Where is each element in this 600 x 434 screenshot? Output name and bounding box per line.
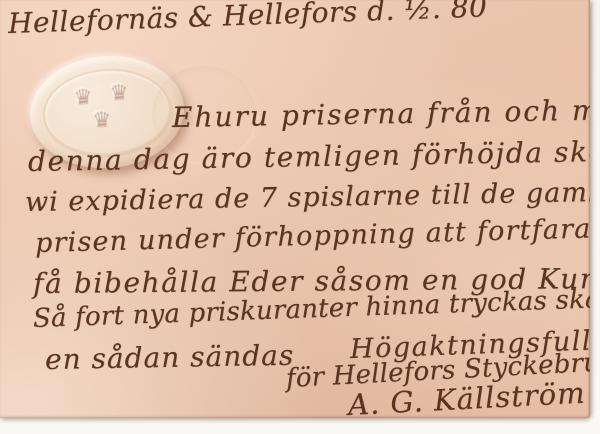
crown-icon: ♛	[72, 83, 92, 108]
scanned-photo-background: ♛ ♛ ♛ Hellefornäs & Hellefors d. ½. 80 E…	[0, 0, 600, 434]
crown-icon: ♛	[108, 79, 128, 104]
postcard: ♛ ♛ ♛ Hellefornäs & Hellefors d. ½. 80 E…	[0, 0, 590, 418]
body-line: Ehuru priserna från och med	[172, 93, 590, 134]
body-line: wi expidiera de 7 spislarne till de gaml…	[25, 177, 590, 218]
dateline: Hellefornäs & Hellefors d. ½. 80	[7, 0, 487, 40]
crown-icon: ♛	[91, 106, 111, 131]
body-line: prisen under förhoppning att fortfarande	[35, 212, 590, 259]
body-line: en sådan sändas	[45, 339, 295, 376]
